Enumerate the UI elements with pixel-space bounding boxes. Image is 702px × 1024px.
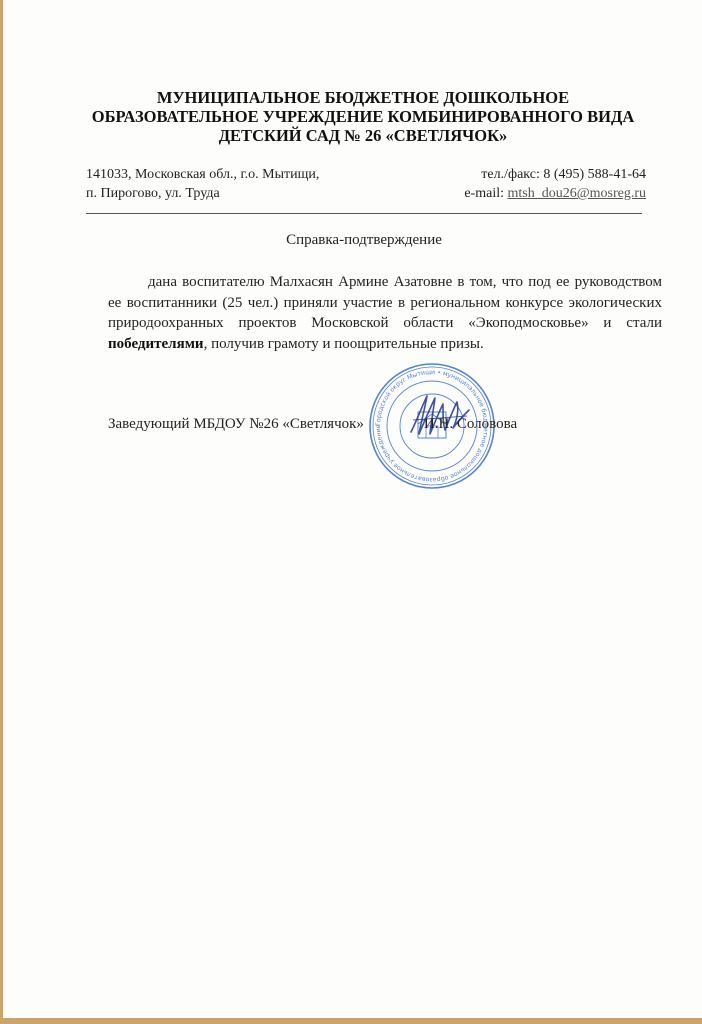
signature-line: Заведующий МБДОУ №26 «Светлячок»И.Н. Сол… [108,416,517,433]
org-line-2: ОБРАЗОВАТЕЛЬНОЕ УЧРЕЖДЕНИЕ КОМБИНИРОВАНН… [63,107,663,126]
signatory-position: Заведующий МБДОУ №26 «Светлячок» [108,416,364,432]
org-line-3: ДЕТСКИЙ САД № 26 «СВЕТЛЯЧОК» [63,126,663,145]
document-body: дана воспитателю Малхасян Армине Азатовн… [108,272,662,354]
document-title: Справка-подтверждение [86,232,642,249]
header-separator [86,213,642,214]
email-link[interactable]: mtsh_dou26@mosreg.ru [508,186,647,201]
address-line-1: 141033, Московская обл., г.о. Мытищи, [86,165,319,184]
phone-fax: тел./факс: 8 (495) 588-41-64 [464,165,646,184]
address-block: 141033, Московская обл., г.о. Мытищи, п.… [86,165,319,203]
email-label: e-mail: [464,186,507,201]
body-text-part-1: дана воспитателю Малхасян Армине Азатовн… [108,274,662,331]
address-line-2: п. Пирогово, ул. Труда [86,184,319,203]
body-text-part-2: , получив грамоту и поощрительные призы. [204,336,484,352]
signatory-name: И.Н. Соловова [424,416,517,432]
org-line-1: МУНИЦИПАЛЬНОЕ БЮДЖЕТНОЕ ДОШКОЛЬНОЕ [63,88,663,107]
phone-email-block: тел./факс: 8 (495) 588-41-64 e-mail: mts… [464,165,646,203]
document-page: МУНИЦИПАЛЬНОЕ БЮДЖЕТНОЕ ДОШКОЛЬНОЕ ОБРАЗ… [3,0,702,1018]
body-paragraph: дана воспитателю Малхасян Армине Азатовн… [108,272,662,354]
email-line: e-mail: mtsh_dou26@mosreg.ru [464,184,646,203]
body-bold-winners: победителями [108,336,204,352]
organization-header: МУНИЦИПАЛЬНОЕ БЮДЖЕТНОЕ ДОШКОЛЬНОЕ ОБРАЗ… [63,88,663,145]
